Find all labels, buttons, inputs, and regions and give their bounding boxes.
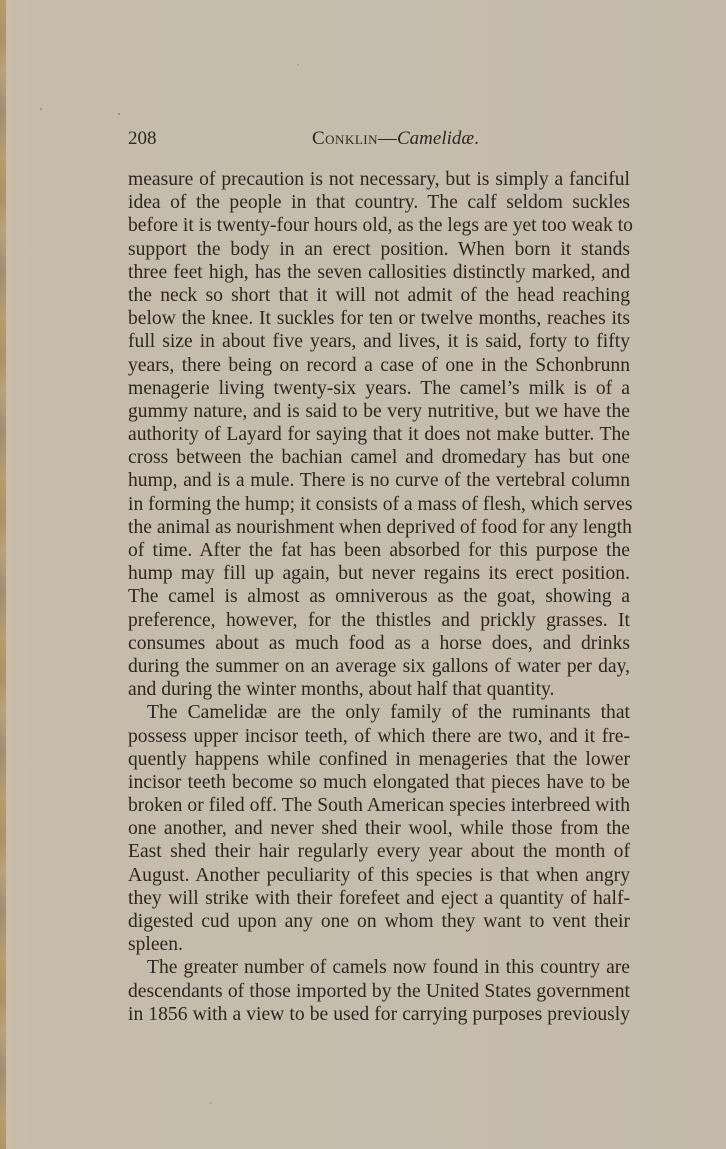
- text-line: The camel is almost as omniverous as the…: [128, 585, 630, 608]
- text-line: they will strike with their forefeet and…: [128, 887, 630, 910]
- paragraph-3: The greater number of camels now found i…: [128, 956, 630, 1026]
- text-line: consumes about as much food as a horse d…: [128, 632, 630, 655]
- running-title: Conklin—Camelidæ.: [312, 128, 479, 150]
- text-line: preference, however, for the thistles an…: [128, 609, 630, 632]
- text-line: three feet high, has the seven callositi…: [128, 261, 630, 284]
- text-line: spleen.: [128, 933, 630, 956]
- text-line: menagerie living twenty-six years. The c…: [128, 377, 630, 400]
- paragraph-1: measure of precaution is not necessary, …: [128, 168, 630, 701]
- text-line: idea of the people in that country. The …: [128, 191, 630, 214]
- paper-speck: [40, 108, 42, 110]
- text-line: in forming the hump; it consists of a ma…: [128, 493, 630, 516]
- text-line: support the body in an erect position. W…: [128, 238, 630, 261]
- text-line: measure of precaution is not necessary, …: [128, 168, 630, 191]
- running-header: 208 Conklin—Camelidæ.: [128, 128, 648, 152]
- paper-speck: [297, 64, 299, 66]
- page-binding-edge: [0, 0, 6, 1149]
- text-line: before it is twenty-four hours old, as t…: [128, 214, 630, 237]
- paper-speck: [210, 1102, 212, 1104]
- title-separator: —: [378, 128, 397, 149]
- text-line: during the summer on an average six gall…: [128, 655, 630, 678]
- text-line: hump may fill up again, but never regain…: [128, 562, 630, 585]
- title-terminal: .: [474, 128, 479, 149]
- text-line: The Camelidæ are the only family of the …: [128, 701, 630, 724]
- page-number: 208: [128, 128, 157, 150]
- text-line: one another, and never shed their wool, …: [128, 817, 630, 840]
- text-line: East shed their hair regularly every yea…: [128, 840, 630, 863]
- book-page: 208 Conklin—Camelidæ. measure of precaut…: [0, 0, 726, 1149]
- text-line: August. Another peculiarity of this spec…: [128, 864, 630, 887]
- text-line: digested cud upon any one on whom they w…: [128, 910, 630, 933]
- text-line: the neck so short that it will not admit…: [128, 284, 630, 307]
- text-line: full size in about five years, and lives…: [128, 330, 630, 353]
- text-line: below the knee. It suckles for ten or tw…: [128, 307, 630, 330]
- paper-speck: [118, 113, 120, 115]
- taxon-name: Camelidæ: [397, 128, 474, 149]
- text-line: years, there being on record a case of o…: [128, 354, 630, 377]
- text-line: possess upper incisor teeth, of which th…: [128, 725, 630, 748]
- body-text: measure of precaution is not necessary, …: [128, 168, 630, 1026]
- text-line: authority of Layard for saying that it d…: [128, 423, 630, 446]
- text-line: cross between the bachian camel and drom…: [128, 446, 630, 469]
- text-line: The greater number of camels now found i…: [128, 956, 630, 979]
- text-line: of time. After the fat has been absorbed…: [128, 539, 630, 562]
- text-line: gummy nature, and is said to be very nut…: [128, 400, 630, 423]
- text-line: in 1856 with a view to be used for carry…: [128, 1003, 630, 1026]
- text-line: the animal as nourishment when deprived …: [128, 516, 630, 539]
- paragraph-2: The Camelidæ are the only family of the …: [128, 701, 630, 956]
- text-line: descendants of those imported by the Uni…: [128, 980, 630, 1003]
- author-name: Conklin: [312, 128, 378, 149]
- text-line: broken or filed off. The South American …: [128, 794, 630, 817]
- text-line: and during the winter months, about half…: [128, 678, 630, 701]
- text-line: incisor teeth become so much elongated t…: [128, 771, 630, 794]
- text-line: hump, and is a mule. There is no curve o…: [128, 469, 630, 492]
- text-line: quently happens while confined in menage…: [128, 748, 630, 771]
